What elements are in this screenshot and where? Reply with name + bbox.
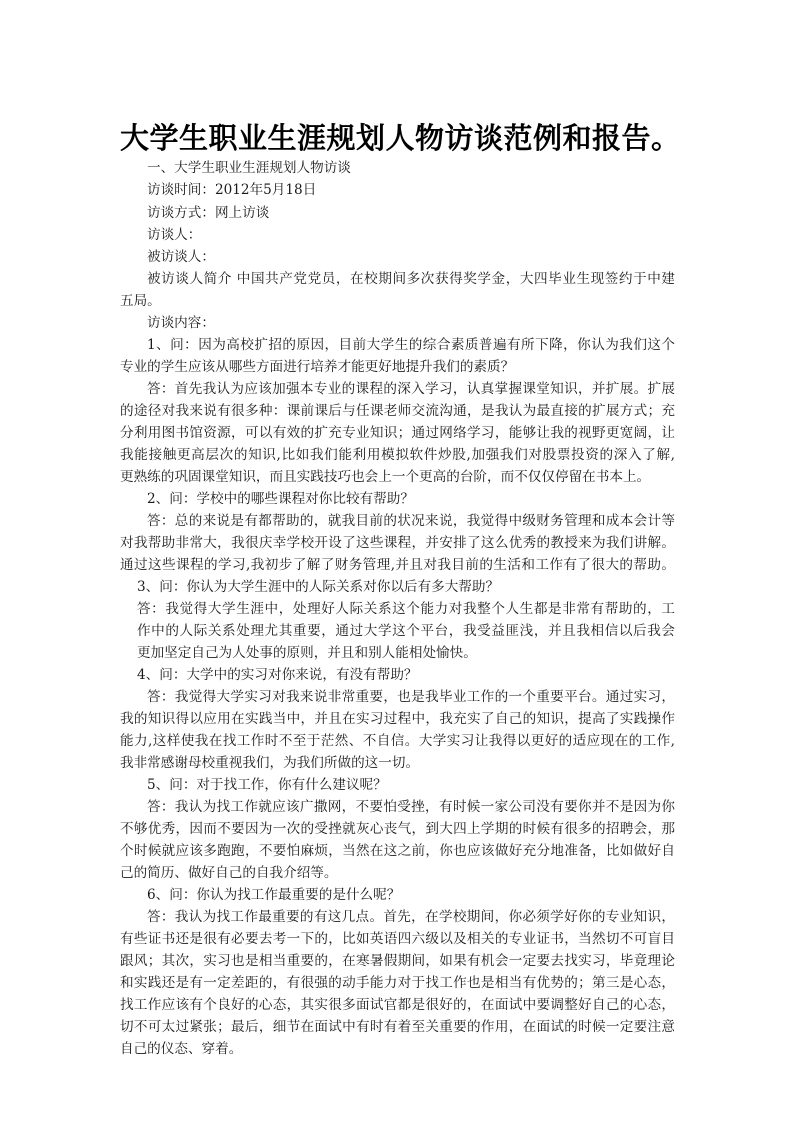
meta-method: 访谈方式：网上访谈 [147,203,675,223]
answer-2: 对我帮助非常大，我很庆幸学校开设了这些课程，并安排了这么优秀的教授来为我们讲解。 [120,533,675,553]
answer-5: 不够优秀，因而不要因为一次的受挫就灰心丧气，到大四上学期的时候有很多的招聘会，那 [120,819,675,839]
answer-3: 答：我觉得大学生涯中，处理好人际关系这个能力对我整个人生都是非常有帮助的，工 [137,599,675,619]
answer-5: 个时候就应该多跑跑，不要怕麻烦，当然在这之前，你也应该做好充分地准备，比如做好自 [120,841,675,861]
question-6: 6、问：你认为找工作最重要的是什么呢？ [147,885,675,905]
answer-2: 答：总的来说是有都帮助的，就我目前的状况来说，我觉得中级财务管理和成本会计等 [147,511,675,531]
question-2: 2、问：学校中的哪些课程对你比较有帮助？ [147,489,675,509]
answer-3: 作中的人际关系处理尤其重要，通过大学这个平台，我受益匪浅，并且我相信以后我会 [137,621,675,641]
answer-1: 我能接触更高层次的知识,比如我们能利用模拟软件炒股,加强我们对股票投资的深入了解… [120,445,675,465]
intro-line: 被访谈人简介 中国共产党党员，在校期间多次获得奖学金，大四毕业生现签约于中建 [147,269,675,289]
intro-line: 五局。 [120,291,675,311]
answer-6: 和实践还是有一定差距的，有很强的动手能力对于找工作也是相当有优势的；第三是心态， [120,973,675,993]
answer-6: 答：我认为找工作最重要的有这几点。首先，在学校期间，你必须学好你的专业知识， [147,907,675,927]
question-3: 3、问：你认为大学生涯中的人际关系对你以后有多大帮助？ [137,577,675,597]
question-1: 1、问：因为高校扩招的原因，目前大学生的综合素质普遍有所下降，你认为我们这个 [147,335,675,355]
answer-4: 我非常感谢母校重视我们，为我们所做的这一切。 [120,753,675,773]
answer-1: 分利用图书馆资源，可以有效的扩充专业知识；通过网络学习，能够让我的视野更宽阔，让 [120,423,675,443]
section-heading: 一、大学生职业生涯规划人物访谈 [147,158,675,178]
meta-interviewee: 被访谈人： [147,247,675,267]
answer-5: 答：我认为找工作就应该广撒网，不要怕受挫，有时候一家公司没有要你并不是因为你 [147,797,675,817]
question-5: 5、问：对于找工作，你有什么建议呢？ [147,775,675,795]
answer-4: 我的知识得以应用在实践当中，并且在实习过程中，我充实了自己的知识，提高了实践操作 [120,709,675,729]
document-title: 大学生职业生涯规划人物访谈范例和报告。 [120,118,680,158]
answer-6: 跟风；其次，实习也是相当重要的，在寒暑假期间，如果有机会一定要去找实习，毕竟理论 [120,951,675,971]
answer-1: 更熟练的巩固课堂知识，而且实践技巧也会上一个更高的台阶，而不仅仅停留在书本上。 [120,467,675,487]
question-4: 4、问：大学中的实习对你来说，有没有帮助？ [137,665,675,685]
answer-2: 通过这些课程的学习,我初步了解了财务管理,并且对我目前的生活和工作有了很大的帮助… [120,555,675,575]
answer-6: 切不可太过紧张；最后，细节在面试中有时有着至关重要的作用，在面试的时候一定要注意 [120,1017,675,1037]
meta-time: 访谈时间：2012年5月18日 [147,180,675,200]
answer-5: 己的简历、做好自己的自我介绍等。 [120,863,675,883]
answer-6: 找工作应该有个良好的心态，其实很多面试官都是很好的，在面试中要调整好自己的心态， [120,995,675,1015]
document-page: 大学生职业生涯规划人物访谈范例和报告。 一、大学生职业生涯规划人物访谈 访谈时间… [0,0,793,1122]
meta-interviewer: 访谈人： [147,225,675,245]
answer-6: 有些证书还是很有必要去考一下的，比如英语四六级以及相关的专业证书，当然切不可盲目 [120,929,675,949]
content-label: 访谈内容： [147,313,675,333]
answer-6: 自己的仪态、穿着。 [120,1039,675,1059]
answer-1: 的途径对我来说有很多种：课前课后与任课老师交流沟通，是我认为最直接的扩展方式；充 [120,401,675,421]
answer-1: 答：首先我认为应该加强本专业的课程的深入学习，认真掌握课堂知识，并扩展。扩展 [147,379,675,399]
question-1: 专业的学生应该从哪些方面进行培养才能更好地提升我们的素质？ [120,357,675,377]
answer-4: 能力,这样使我在找工作时不至于茫然、不自信。大学实习让我得以更好的适应现在的工作… [120,731,675,751]
answer-3: 更加坚定自己为人处事的原则，并且和别人能相处愉快。 [137,643,675,663]
answer-4: 答：我觉得大学实习对我来说非常重要，也是我毕业工作的一个重要平台。通过实习， [147,687,675,707]
